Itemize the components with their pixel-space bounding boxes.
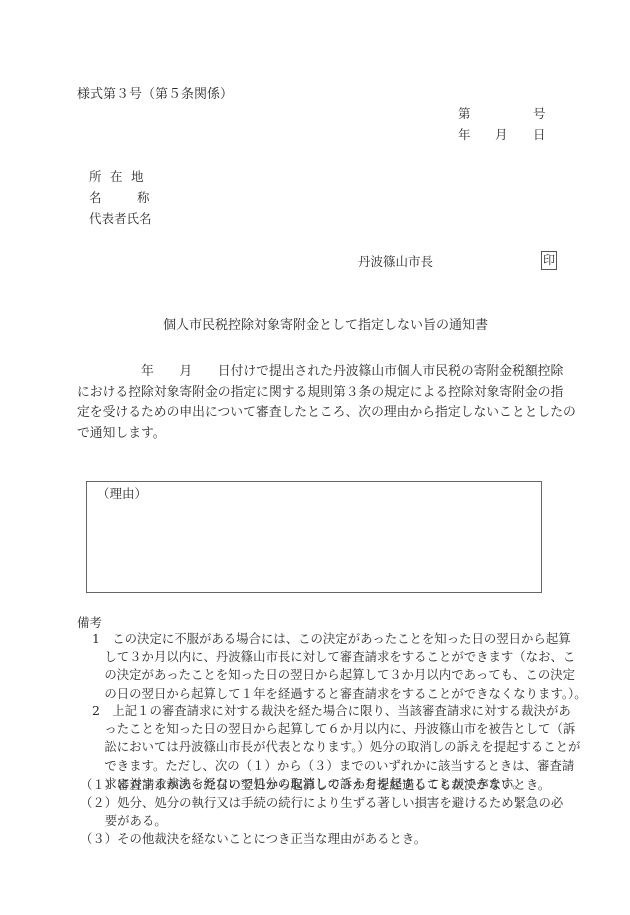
body-line: で通知します。 — [77, 424, 562, 445]
document-title: 個人市民税控除対象寄附金として指定しない旨の通知書 — [163, 319, 488, 332]
body-line: 定を受けるための申出について審査したところ、次の理由から指定しないこととしたの — [77, 403, 562, 424]
note-line: の決定があったことを知った日の翌日から起算して３か月以内であっても、この決定 — [92, 666, 587, 684]
note-2-item-2: （２）処分、処分の執行又は手続の続行により生ずる著しい損害を避けるため緊急の必 … — [80, 794, 563, 830]
name-label: 名称 — [89, 192, 150, 205]
representative-label: 代表者氏名 — [89, 213, 152, 226]
document-number-suffix: 号 — [533, 108, 546, 121]
note-2-item-1: （１）審査請求があった日の翌日から起算して３か月を経過しても裁決がないとき。 — [80, 776, 550, 794]
note-line: 2 上記１の審査請求に対する裁決を経た場合に限り、当該審査請求に対する裁決があ — [92, 702, 580, 720]
note-line: して３か月以内に、丹波篠山市長に対して審査請求をすることができます（なお、こ — [92, 648, 587, 666]
issuer-title: 丹波篠山市長 — [358, 256, 433, 269]
date-month-label: 月 — [495, 129, 508, 142]
reason-label: （理由） — [97, 488, 147, 501]
reason-box: （理由） — [86, 481, 542, 593]
name-label-part-2: 称 — [137, 190, 150, 205]
date-year-label: 年 — [458, 129, 471, 142]
name-label-part-1: 名 — [89, 192, 137, 205]
note-2-item-3: （３）その他裁決を経ないことにつき正当な理由があるとき。 — [80, 830, 426, 848]
notes-heading: 備考 — [77, 617, 102, 630]
note-line: できます。ただし、次の（１）から（３）までのいずれかに該当するときは、審査請 — [92, 757, 580, 775]
note-line: ったことを知った日の翌日から起算して６か月以内に、丹波篠山市を被告として（訴 — [92, 720, 580, 738]
note-line: 訟においては丹波篠山市長が代表となります。）処分の取消しの訴えを提起することが — [92, 738, 580, 756]
seal-mark: 印 — [541, 251, 557, 270]
sub-item-line: 要がある。 — [80, 812, 563, 830]
sub-item-line: （３）その他裁決を経ないことにつき正当な理由があるとき。 — [80, 830, 426, 848]
note-line: の日の翌日から起算して１年を経過すると審査請求をすることができなくなります。）。 — [92, 685, 587, 703]
document-body: 年 月 日付けで提出された丹波篠山市個人市民税の寄附金税額控除 における控除対象… — [77, 362, 562, 444]
location-label: 所在地 — [89, 171, 152, 184]
note-line: 1 この決定に不服がある場合には、この決定があったことを知った日の翌日から起算 — [92, 630, 587, 648]
sub-item-line: （１）審査請求があった日の翌日から起算して３か月を経過しても裁決がないとき。 — [80, 776, 550, 794]
sub-item-line: （２）処分、処分の執行又は手続の続行により生ずる著しい損害を避けるため緊急の必 — [80, 794, 563, 812]
note-1: 1 この決定に不服がある場合には、この決定があったことを知った日の翌日から起算 … — [92, 630, 587, 703]
form-number: 様式第３号（第５条関係） — [77, 88, 233, 101]
body-line: における控除対象寄附金の指定に関する規則第３条の規定による控除対象寄附金の指 — [77, 383, 562, 404]
body-line: 年 月 日付けで提出された丹波篠山市個人市民税の寄附金税額控除 — [77, 362, 562, 383]
document-number-prefix: 第 — [458, 108, 471, 121]
date-day-label: 日 — [533, 129, 546, 142]
